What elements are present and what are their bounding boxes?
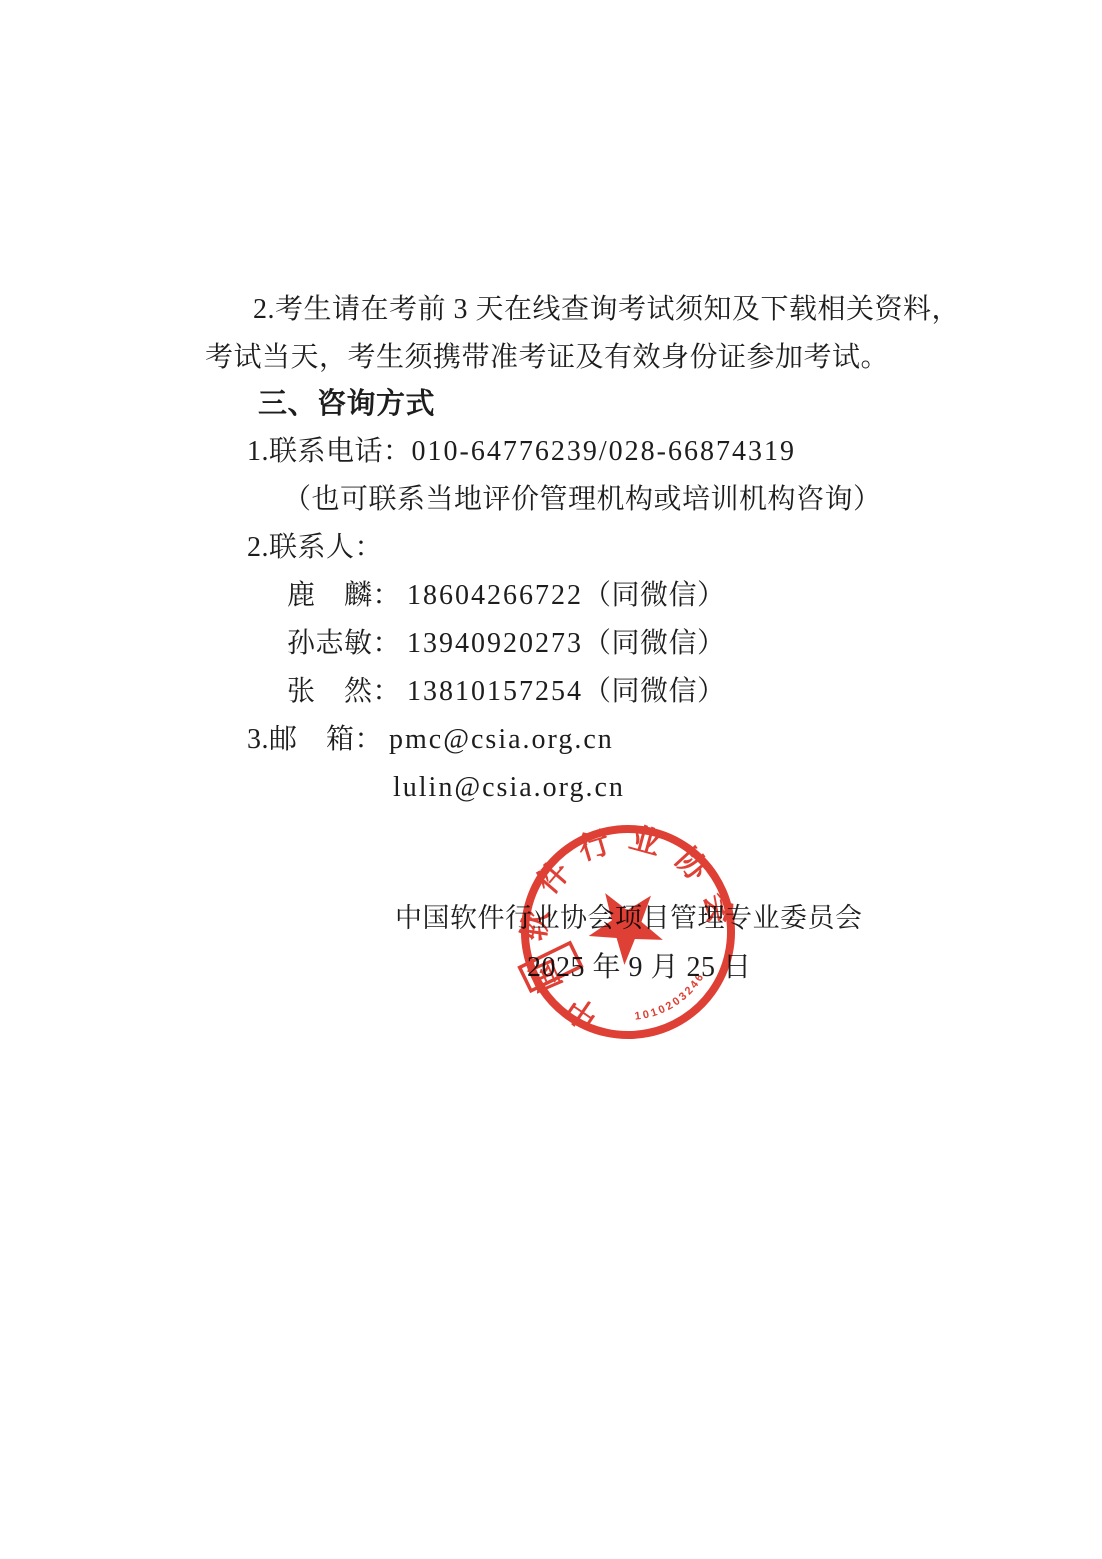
contact-name: 孙志敏： [287,628,401,659]
contact-name: 张 然： [287,676,401,707]
email-address-1: pmc@csia.org.cn [389,724,614,755]
official-seal: 中国软件行业协会 110102032466 [518,822,738,1042]
contacts-label: 2.联系人： [247,530,383,566]
document-page: 2.考生请在考前 3 天在线查询考试须知及下载相关资料， 考试当天，考生须携带准… [0,0,1102,1559]
contact-note: （同微信） [583,580,726,611]
contact-row: 鹿 麟：18604266722（同微信） [287,578,726,614]
paragraph-line-2: 考试当天，考生须携带准考证及有效身份证参加考试。 [205,340,889,376]
email-label: 3.邮 箱： [247,724,383,755]
paragraph-line-1: 2.考生请在考前 3 天在线查询考试须知及下载相关资料， [253,292,960,328]
phone-numbers: 010-64776239/028-66874319 [412,436,796,467]
seal-graphic: 中国软件行业协会 110102032466 [518,822,738,1042]
contact-phone: 13940920273 [407,628,583,659]
email-address-2: lulin@csia.org.cn [393,770,625,806]
contact-row: 张 然：13810157254（同微信） [287,674,726,710]
phone-line: 1.联系电话：010-64776239/028-66874319 [247,434,796,470]
email-line: 3.邮 箱：pmc@csia.org.cn [247,722,614,758]
contact-name: 鹿 麟： [287,580,401,611]
contact-row: 孙志敏：13940920273（同微信） [287,626,726,662]
contact-note: （同微信） [583,676,726,707]
contact-phone: 18604266722 [407,580,583,611]
phone-label: 1.联系电话： [247,436,412,467]
seal-star-icon [574,873,675,973]
contact-phone: 13810157254 [407,676,583,707]
section-heading: 三、咨询方式 [258,386,435,422]
phone-note: （也可联系当地评价管理机构或培训机构咨询） [283,482,882,518]
contact-note: （同微信） [583,628,726,659]
